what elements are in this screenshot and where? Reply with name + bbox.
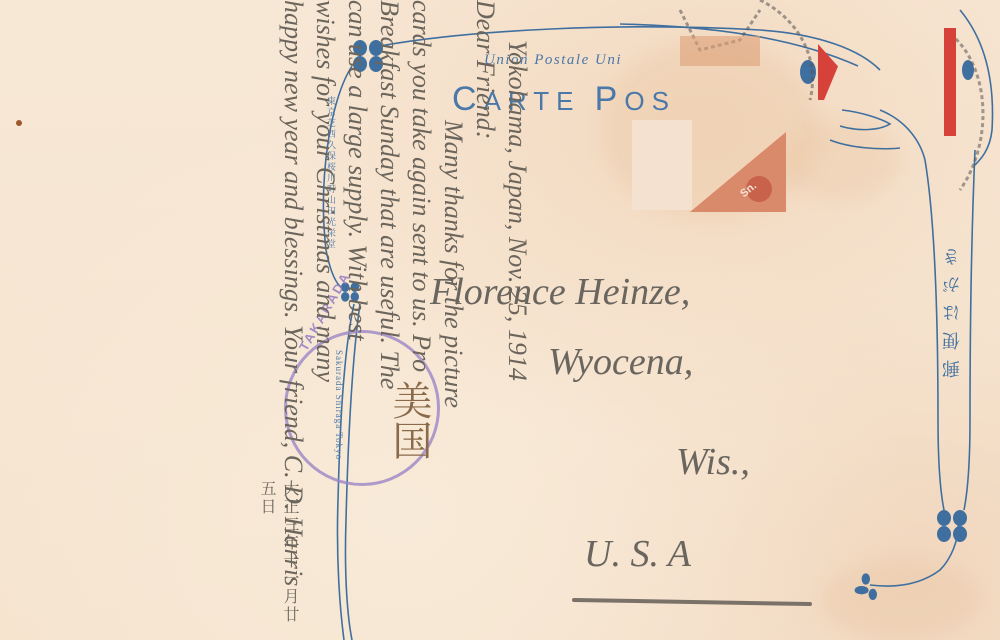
ink-spot: [16, 120, 22, 126]
stamp-remnant: [680, 36, 760, 66]
address-line-country: U. S. A: [584, 532, 691, 576]
title-letter-p: P: [595, 80, 625, 118]
address-line-town: Wyocena,: [548, 340, 693, 384]
message-line: happy new year and blessings. Your frien…: [278, 0, 308, 586]
message-line: Many thanks for the picture: [438, 120, 468, 408]
postcard-back: Union Postale Uni CARTE POS 東京芝西久保桜川町山田光…: [0, 0, 1000, 640]
handwritten-message: Yokohama, Japan, Nov. 25, 1914 Dear Frie…: [268, 0, 536, 640]
address-line-state: Wis.,: [676, 440, 750, 484]
title-os: OS: [624, 86, 676, 116]
message-line: wishes for your Christmas and many: [310, 0, 340, 382]
message-line: Breakfast Sunday that are useful. The: [374, 0, 404, 389]
message-line: Yokohama, Japan, Nov. 25, 1914: [502, 40, 532, 381]
message-line: can use a large supply. With best: [342, 0, 372, 341]
message-line: cards you take again sent to us. Pro: [406, 0, 436, 372]
message-line: Dear Friend:: [470, 0, 500, 139]
stamp-fragment-red: [944, 28, 956, 136]
yubin-hagaki-label: 郵便はがき: [940, 238, 966, 378]
torn-paper-area: [632, 120, 692, 210]
